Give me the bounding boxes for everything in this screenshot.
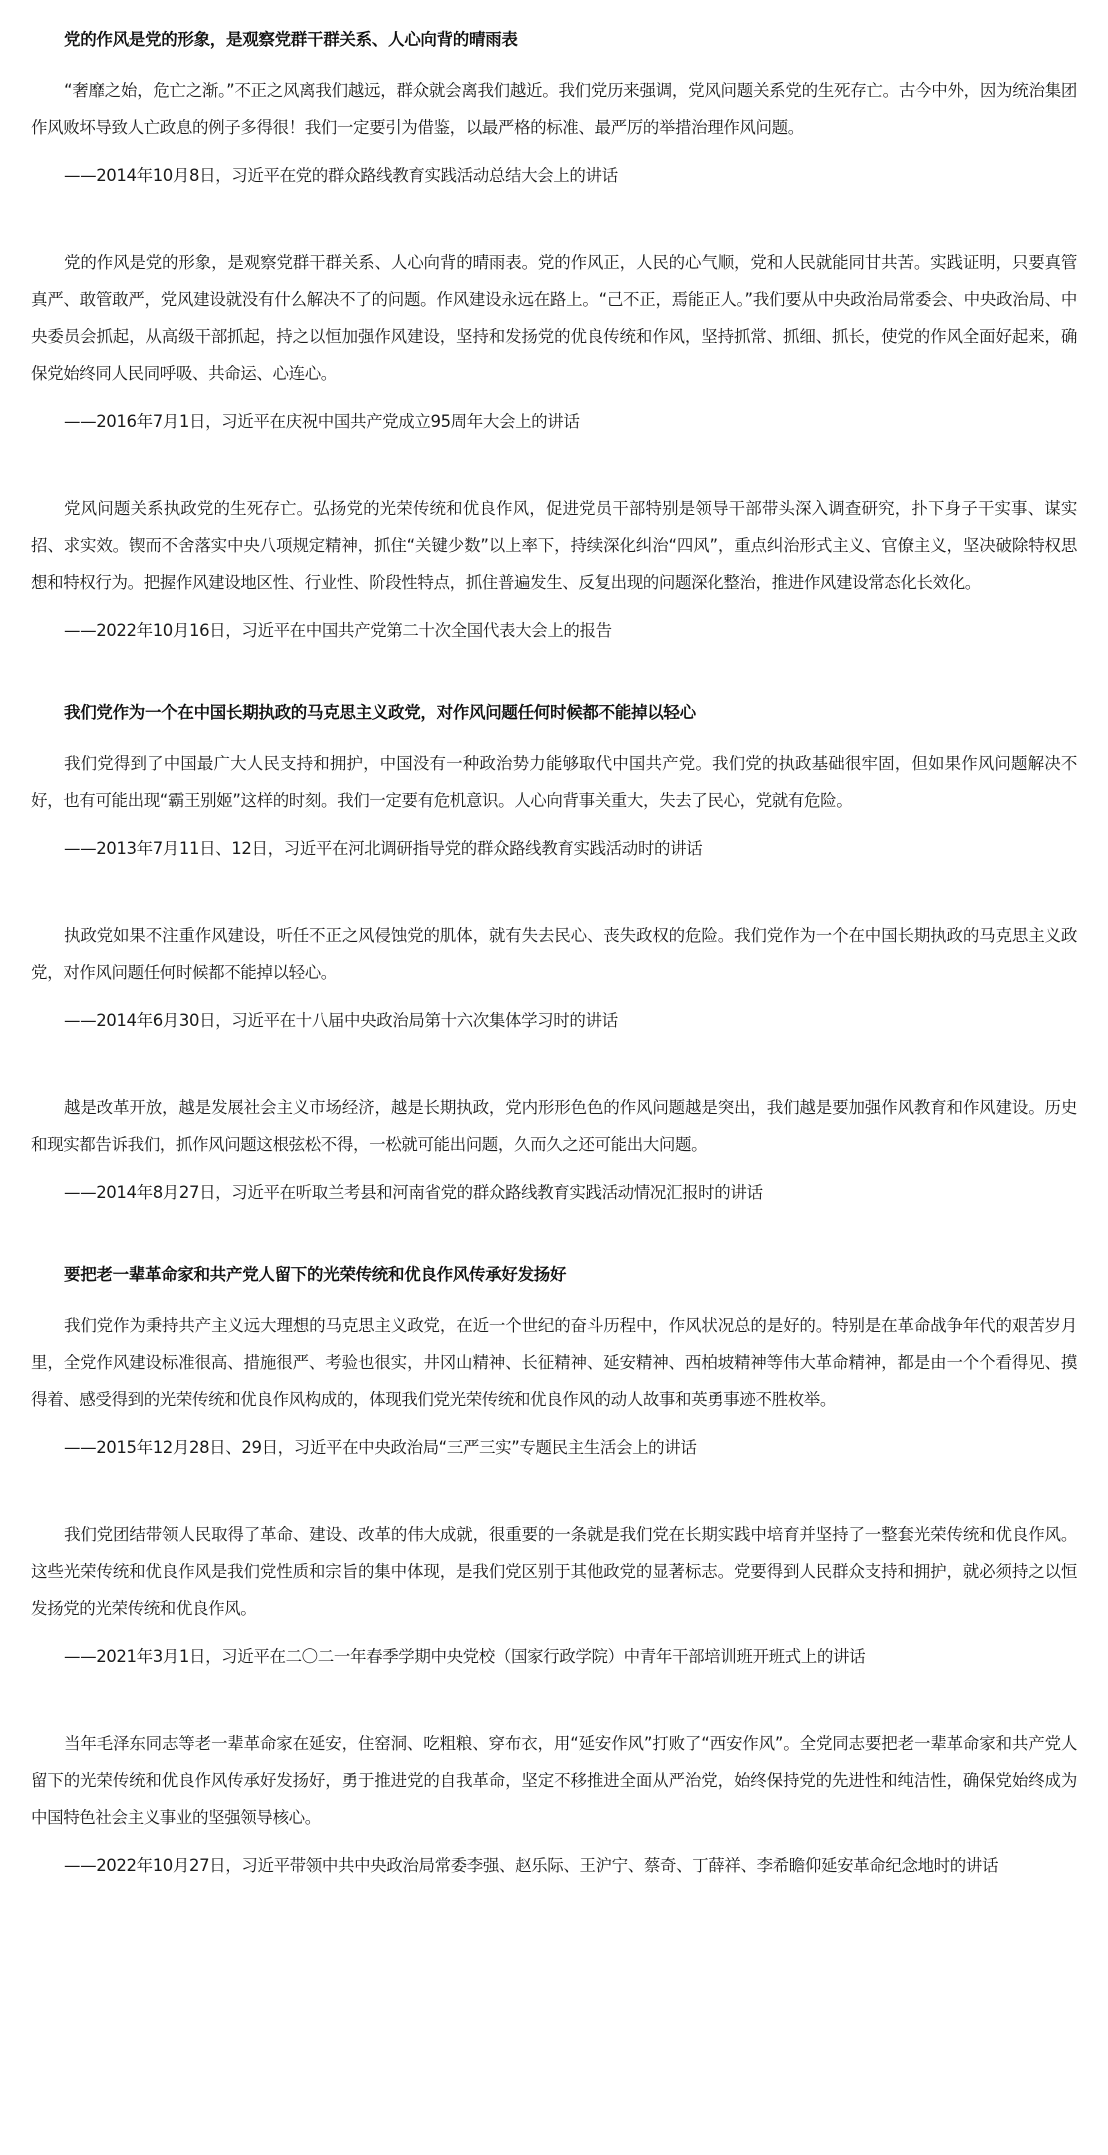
quote-block: 当年毛泽东同志等老一辈革命家在延安，住窑洞、吃粗粮、穿布衣，用“延安作风”打败了… <box>31 1725 1077 1884</box>
quote-text: 当年毛泽东同志等老一辈革命家在延安，住窑洞、吃粗粮、穿布衣，用“延安作风”打败了… <box>31 1725 1077 1836</box>
section-heading: 党的作风是党的形象，是观察党群干群关系、人心向背的晴雨表 <box>31 26 1077 54</box>
quote-source: ——2022年10月16日，习近平在中国共产党第二十次全国代表大会上的报告 <box>31 612 1077 649</box>
quote-text: 越是改革开放，越是发展社会主义市场经济，越是长期执政，党内形形色色的作风问题越是… <box>31 1089 1077 1163</box>
quote-text: 我们党作为秉持共产主义远大理想的马克思主义政党，在近一个世纪的奋斗历程中，作风状… <box>31 1307 1077 1418</box>
quote-text: “奢靡之始，危亡之渐。”不正之风离我们越远，群众就会离我们越近。我们党历来强调，… <box>31 72 1077 146</box>
section-3: 要把老一辈革命家和共产党人留下的光荣传统和优良作风传承好发扬好 我们党作为秉持共… <box>31 1261 1077 1884</box>
quote-source: ——2014年8月27日，习近平在听取兰考县和河南省党的群众路线教育实践活动情况… <box>31 1174 1077 1211</box>
quote-block: “奢靡之始，危亡之渐。”不正之风离我们越远，群众就会离我们越近。我们党历来强调，… <box>31 72 1077 194</box>
quote-source: ——2014年6月30日，习近平在十八届中央政治局第十六次集体学习时的讲话 <box>31 1002 1077 1039</box>
quote-text: 我们党得到了中国最广大人民支持和拥护，中国没有一种政治势力能够取代中国共产党。我… <box>31 745 1077 819</box>
quote-block: 执政党如果不注重作风建设，听任不正之风侵蚀党的肌体，就有失去民心、丧失政权的危险… <box>31 917 1077 1039</box>
quote-block: 我们党得到了中国最广大人民支持和拥护，中国没有一种政治势力能够取代中国共产党。我… <box>31 745 1077 867</box>
quote-source: ——2021年3月1日，习近平在二〇二一年春季学期中央党校（国家行政学院）中青年… <box>31 1638 1077 1675</box>
quote-source: ——2013年7月11日、12日，习近平在河北调研指导党的群众路线教育实践活动时… <box>31 830 1077 867</box>
section-heading: 要把老一辈革命家和共产党人留下的光荣传统和优良作风传承好发扬好 <box>31 1261 1077 1289</box>
section-1: 党的作风是党的形象，是观察党群干群关系、人心向背的晴雨表 “奢靡之始，危亡之渐。… <box>31 26 1077 649</box>
quote-block: 我们党作为秉持共产主义远大理想的马克思主义政党，在近一个世纪的奋斗历程中，作风状… <box>31 1307 1077 1466</box>
quote-text: 执政党如果不注重作风建设，听任不正之风侵蚀党的肌体，就有失去民心、丧失政权的危险… <box>31 917 1077 991</box>
quote-block: 党的作风是党的形象，是观察党群干群关系、人心向背的晴雨表。党的作风正，人民的心气… <box>31 244 1077 440</box>
quote-text: 党风问题关系执政党的生死存亡。弘扬党的光荣传统和优良作风，促进党员干部特别是领导… <box>31 490 1077 601</box>
section-2: 我们党作为一个在中国长期执政的马克思主义政党，对作风问题任何时候都不能掉以轻心 … <box>31 699 1077 1211</box>
article-body: 党的作风是党的形象，是观察党群干群关系、人心向背的晴雨表 “奢靡之始，危亡之渐。… <box>0 0 1108 1884</box>
quote-block: 党风问题关系执政党的生死存亡。弘扬党的光荣传统和优良作风，促进党员干部特别是领导… <box>31 490 1077 649</box>
quote-source: ——2016年7月1日，习近平在庆祝中国共产党成立95周年大会上的讲话 <box>31 403 1077 440</box>
quote-source: ——2022年10月27日，习近平带领中共中央政治局常委李强、赵乐际、王沪宁、蔡… <box>31 1847 1077 1884</box>
quote-text: 党的作风是党的形象，是观察党群干群关系、人心向背的晴雨表。党的作风正，人民的心气… <box>31 244 1077 392</box>
quote-source: ——2014年10月8日，习近平在党的群众路线教育实践活动总结大会上的讲话 <box>31 157 1077 194</box>
quote-source: ——2015年12月28日、29日，习近平在中央政治局“三严三实”专题民主生活会… <box>31 1429 1077 1466</box>
quote-block: 我们党团结带领人民取得了革命、建设、改革的伟大成就，很重要的一条就是我们党在长期… <box>31 1516 1077 1675</box>
quote-block: 越是改革开放，越是发展社会主义市场经济，越是长期执政，党内形形色色的作风问题越是… <box>31 1089 1077 1211</box>
section-heading: 我们党作为一个在中国长期执政的马克思主义政党，对作风问题任何时候都不能掉以轻心 <box>31 699 1077 727</box>
quote-text: 我们党团结带领人民取得了革命、建设、改革的伟大成就，很重要的一条就是我们党在长期… <box>31 1516 1077 1627</box>
